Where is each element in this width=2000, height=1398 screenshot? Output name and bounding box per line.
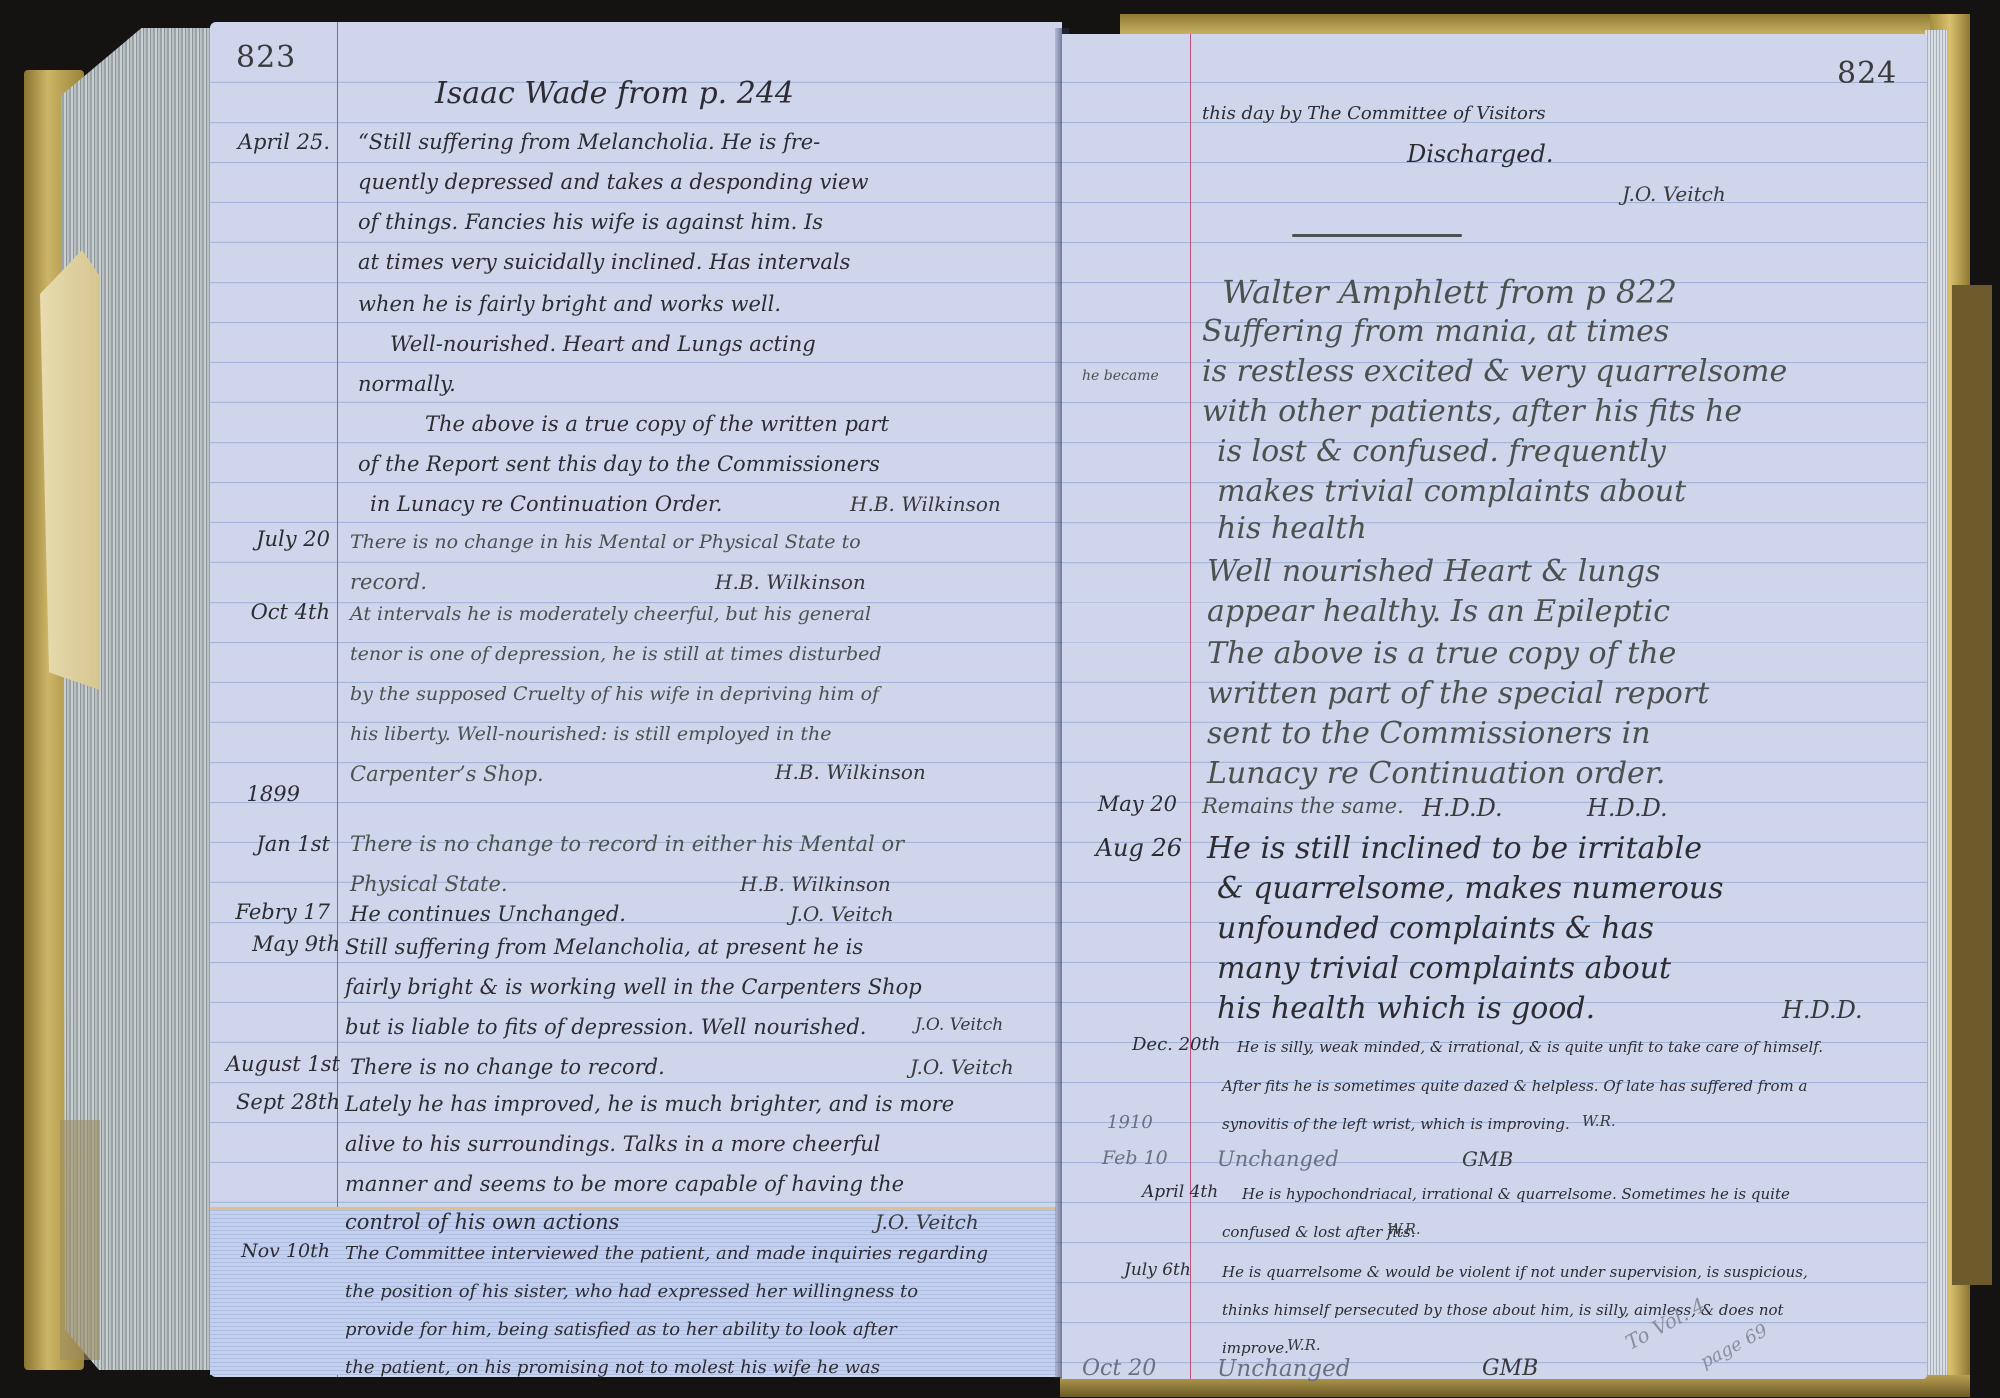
entry-date: April 25.	[220, 130, 330, 154]
signature: H.B. Wilkinson	[850, 492, 1001, 516]
entry-date: Oct 4th	[220, 600, 330, 624]
signature: H.B. Wilkinson	[715, 570, 866, 594]
signature: W.R.	[1387, 1220, 1421, 1238]
entry-line: The Committee interviewed the patient, a…	[345, 1234, 988, 1274]
entry-line: normally.	[358, 364, 456, 404]
entry-line: is lost & confused. frequently	[1217, 432, 1666, 472]
entry-line: at times very suicidally inclined. Has i…	[358, 242, 850, 282]
entry-year: 1910	[1107, 1112, 1167, 1133]
entry-line: He is still inclined to be irritable	[1207, 829, 1702, 869]
entry-line: manner and seems to be more capable of h…	[345, 1164, 904, 1204]
entry-line: tenor is one of depression, he is still …	[350, 634, 882, 674]
entry-line: There is no change to record.	[350, 1047, 665, 1087]
entry-line: many trivial complaints about	[1217, 949, 1671, 989]
discharged-label: Discharged.	[1407, 134, 1553, 174]
entry-date: May 20	[1067, 792, 1177, 816]
signature: H.B. Wilkinson	[740, 872, 891, 896]
entry-line: After fits he is sometimes quite dazed &…	[1222, 1066, 1807, 1106]
continuation-line: this day by The Committee of Visitors	[1202, 94, 1546, 134]
page-block-shadow	[60, 1120, 100, 1360]
entry-line: his health which is good.	[1217, 989, 1595, 1029]
entry-line: but is liable to fits of depression. Wel…	[345, 1007, 866, 1047]
signature: W.R.	[1582, 1112, 1616, 1130]
torn-paper-slip	[40, 250, 100, 690]
entry-line: by the supposed Cruelty of his wife in d…	[350, 674, 879, 714]
signature: H.D.D.	[1782, 996, 1863, 1024]
entry-date: July 6th	[1124, 1260, 1224, 1280]
entry-line: his health	[1217, 509, 1367, 549]
signature: J.O. Veitch	[1622, 182, 1726, 206]
entry-line: Well-nourished. Heart and Lungs acting	[390, 324, 816, 364]
entry-date: Dec. 20th	[1132, 1034, 1232, 1055]
entry-line: is restless excited & very quarrelsome	[1202, 352, 1787, 392]
entry-line: He is silly, weak minded, & irrational, …	[1237, 1027, 1823, 1067]
entry-date: Feb 10	[1102, 1147, 1187, 1169]
open-ledger-book: 823 Isaac Wade from p. 244 April 25. “St…	[0, 0, 2000, 1398]
left-page: 823 Isaac Wade from p. 244 April 25. “St…	[210, 22, 1062, 1377]
signature: GMB	[1482, 1356, 1538, 1381]
entry-date: July 20	[220, 527, 330, 551]
entry-line: There is no change to record in either h…	[350, 824, 904, 864]
entry-year: 1899	[220, 782, 300, 806]
entry-line: Carpenter’s Shop.	[350, 754, 544, 794]
entry-line: alive to his surroundings. Talks in a mo…	[345, 1124, 881, 1164]
entry-line: synovitis of the left wrist, which is im…	[1222, 1104, 1570, 1144]
entry-line: At intervals he is moderately cheerful, …	[350, 594, 871, 634]
page-block-right	[1925, 30, 1947, 1375]
page-number: 824	[1837, 56, 1897, 91]
signature: GMB	[1462, 1147, 1513, 1171]
margin-note: he became	[1082, 356, 1159, 396]
signature: J.O. Veitch	[915, 1015, 1003, 1035]
entry-line: appear healthy. Is an Epileptic	[1207, 592, 1670, 632]
margin-rule	[1190, 34, 1191, 1379]
entry-line: There is no change in his Mental or Phys…	[350, 522, 861, 562]
entry-line: of the Report sent this day to the Commi…	[358, 444, 880, 484]
entry-line: The above is a true copy of the	[1207, 634, 1676, 674]
entry-line: the patient, on his promising not to mol…	[345, 1348, 880, 1388]
entry-line: quently depressed and takes a desponding…	[358, 162, 868, 202]
entry-date: Febry 17	[220, 900, 330, 924]
entry-line: unfounded complaints & has	[1217, 909, 1654, 949]
book-spine-cloth	[1952, 285, 1992, 1285]
entry-date: Jan 1st	[220, 832, 330, 856]
entry-date: Sept 28th	[210, 1090, 340, 1114]
entry-line: makes trivial complaints about	[1217, 472, 1686, 512]
right-page: 824 this day by The Committee of Visitor…	[1062, 34, 1927, 1379]
signature: H.D.D.	[1422, 794, 1503, 822]
entry-line: He is quarrelsome & would be violent if …	[1222, 1252, 1808, 1292]
entry-line: sent to the Commissioners in	[1207, 714, 1651, 754]
margin-rule	[337, 22, 338, 1377]
signature: J.O. Veitch	[790, 902, 894, 926]
signature: H.D.D.	[1587, 794, 1668, 822]
entry-line: He is hypochondriacal, irrational & quar…	[1242, 1174, 1790, 1214]
entry-date: May 9th	[220, 932, 340, 956]
patient-heading: Isaac Wade from p. 244	[435, 74, 794, 114]
entry-line: Still suffering from Melancholia, at pre…	[345, 927, 863, 967]
entry-line: Lately he has improved, he is much brigh…	[345, 1084, 954, 1124]
entry-line: fairly bright & is working well in the C…	[345, 967, 922, 1007]
entry-line: “Still suffering from Melancholia. He is…	[358, 122, 820, 162]
entry-line: the position of his sister, who had expr…	[345, 1272, 918, 1312]
section-divider	[1292, 234, 1462, 237]
entry-line: Well nourished Heart & lungs	[1207, 552, 1661, 592]
entry-date: April 4th	[1142, 1182, 1242, 1202]
entry-line: The above is a true copy of the written …	[425, 404, 889, 444]
entry-line: written part of the special report	[1207, 674, 1709, 714]
entry-line: when he is fairly bright and works well.	[358, 284, 781, 324]
signature: J.O. Veitch	[910, 1055, 1014, 1079]
entry-line: with other patients, after his fits he	[1202, 392, 1742, 432]
patient-heading: Walter Amphlett from p 822	[1222, 272, 1677, 312]
entry-line: Remains the same.	[1202, 786, 1404, 826]
signature: J.O. Veitch	[875, 1210, 979, 1234]
entry-line: of things. Fancies his wife is against h…	[358, 202, 823, 242]
page-number: 823	[236, 40, 296, 75]
entry-line: in Lunacy re Continuation Order.	[370, 484, 722, 524]
entry-line: & quarrelsome, makes numerous	[1217, 869, 1724, 909]
entry-date: Oct 20	[1082, 1356, 1182, 1381]
entry-line: his liberty. Well-nourished: is still em…	[350, 714, 832, 754]
entry-date: Nov 10th	[220, 1240, 330, 1262]
entry-date: August 1st	[210, 1052, 340, 1076]
entry-line: provide for him, being satisfied as to h…	[345, 1310, 897, 1350]
entry-line: Unchanged	[1217, 1349, 1350, 1389]
entry-line: Unchanged	[1217, 1139, 1339, 1179]
entry-date: Aug 26	[1067, 834, 1182, 862]
signature: H.B. Wilkinson	[775, 760, 926, 784]
entry-line: Suffering from mania, at times	[1202, 312, 1669, 352]
